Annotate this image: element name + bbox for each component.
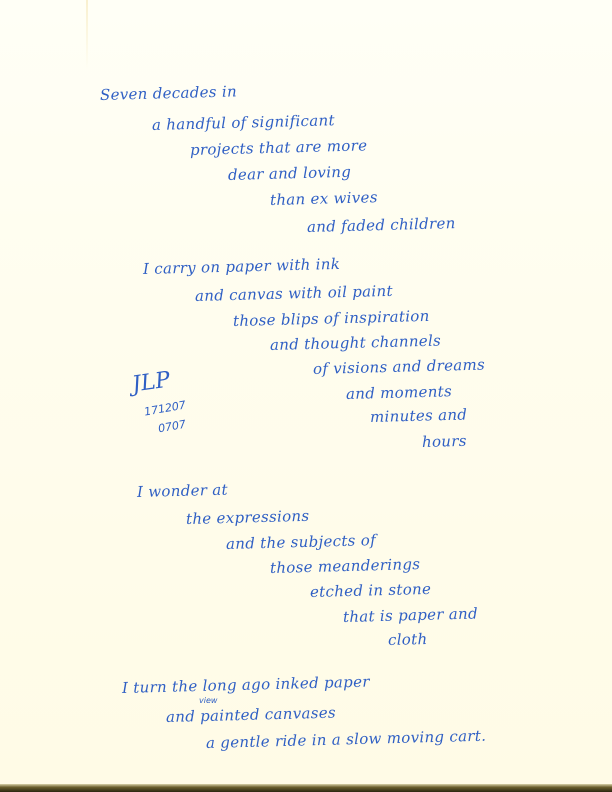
poem-line: and the subjects of — [226, 533, 376, 552]
signature-date: 171207 — [143, 398, 187, 418]
poem-line: a gentle ride in a slow moving cart. — [206, 729, 487, 751]
signature-time: 0707 — [157, 418, 187, 436]
poem-line: and thought channels — [270, 334, 441, 353]
poem-line: Seven decades in — [100, 84, 237, 103]
poem-line: those blips of inspiration — [233, 309, 430, 329]
poem-line: minutes and — [370, 407, 468, 425]
insertion-word: view — [199, 696, 217, 705]
poem-line: that is paper and — [343, 606, 478, 625]
poem-line: of visions and dreams — [313, 357, 485, 376]
paper-fold-line — [86, 0, 88, 70]
poem-line: and canvas with oil paint — [195, 284, 393, 304]
handwritten-page: Seven decades in a handful of significan… — [0, 0, 612, 792]
poem-line: I turn the long ago inked paper — [122, 675, 370, 696]
poem-line: those meanderings — [270, 557, 421, 576]
poem-line: a handful of significant — [152, 113, 335, 133]
poem-line: cloth — [388, 632, 428, 648]
poem-line: hours — [422, 434, 467, 450]
poem-line: I carry on paper with ink — [143, 257, 341, 277]
poem-line: I wonder at — [137, 483, 228, 500]
poem-line: and painted canvases — [166, 706, 336, 725]
poem-line: the expressions — [186, 509, 310, 527]
paper-bottom-edge — [0, 784, 612, 792]
poem-line: dear and loving — [228, 165, 352, 183]
author-initials: JLP — [130, 367, 171, 397]
poem-line: projects that are more — [190, 138, 368, 158]
poem-line: than ex wives — [270, 190, 378, 208]
poem-line: etched in stone — [310, 582, 432, 600]
poem-line: and faded children — [307, 216, 456, 235]
poem-line: and moments — [346, 384, 452, 402]
